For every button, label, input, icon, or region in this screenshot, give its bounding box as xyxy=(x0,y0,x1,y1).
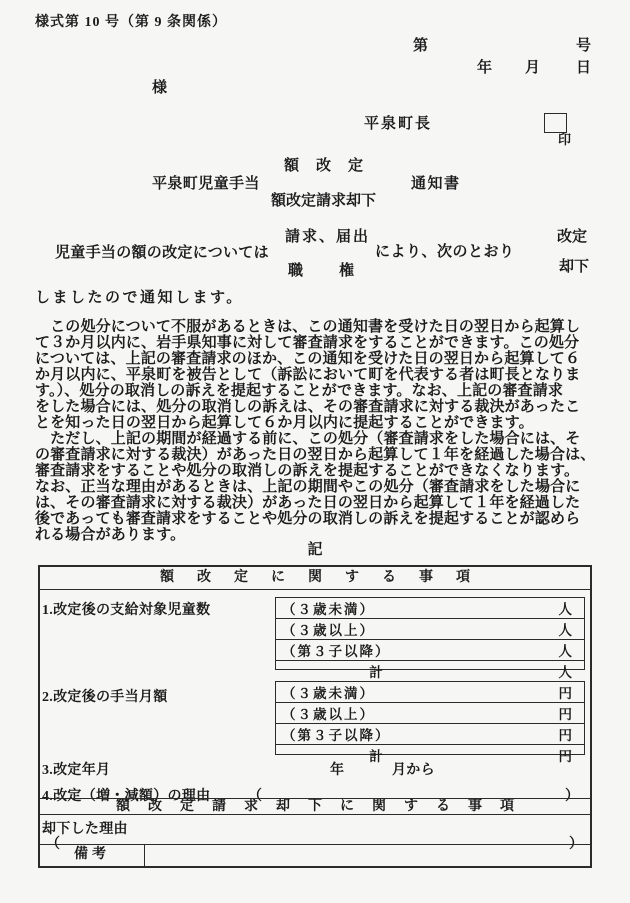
lead-option-authority: 職 権 xyxy=(288,259,354,280)
allowance-amount-table: （３歳未満） 円 （３歳以上） 円 （第３子以降） 円 計 円 xyxy=(275,681,585,755)
body-line: の審査請求に対する裁決）があった日の翌日から起算して１年を経過した場合は、 xyxy=(35,447,600,463)
cell-label: （第３子以降） xyxy=(282,724,391,744)
remarks-value xyxy=(145,845,590,866)
table-row: （３歳以上） 円 xyxy=(276,702,584,723)
cell-label: （３歳以上） xyxy=(282,619,375,639)
section-header-revision: 額改定に関する事項 xyxy=(40,567,590,590)
title-option-revision: 額 改 定 xyxy=(284,158,364,175)
title-prefix: 平泉町児童手当 xyxy=(152,176,260,193)
table-row: （３歳未満） 人 xyxy=(276,598,584,618)
body-line: とを知った日の翌日から起算して６か月以内に提起することができます。 xyxy=(35,415,600,431)
table-row: （第３子以降） 人 xyxy=(276,639,584,660)
body-line: をした場合には、処分の取消しの訴えは、その審査請求に対する裁決があったこ xyxy=(35,399,600,415)
lead-option-request: 請求、届出 xyxy=(285,229,370,246)
seal-label: 印 xyxy=(558,132,571,147)
addressee-suffix: 様 xyxy=(152,80,167,97)
table-row: （３歳未満） 円 xyxy=(276,682,584,702)
lead-result-revision: 改定 xyxy=(557,229,587,246)
appeal-instructions: この処分について不服があるときは、この通知書を受けた日の翌日から起算し て３か月… xyxy=(35,319,600,543)
item3-label: 3.改定年月 xyxy=(42,759,110,779)
remarks-row: 備考 xyxy=(40,844,590,866)
cell-label: 計 xyxy=(282,661,472,681)
body-line: は、その審査請求に対する裁決）があった日の翌日から起算して１年を経過した xyxy=(35,495,600,511)
issuer-name: 平泉町長 xyxy=(364,116,432,133)
seal-box: 印 xyxy=(544,113,567,133)
body-line: 審査請求をすることや処分の取消しの訴えを提起することができなくなります。 xyxy=(35,463,600,479)
cell-label: （３歳以上） xyxy=(282,703,375,723)
doc-number-prefix: 第 xyxy=(413,38,428,55)
cell-unit: 円 xyxy=(559,724,573,744)
cell-label: （第３子以降） xyxy=(282,640,391,660)
ki-marker: 記 xyxy=(0,538,630,559)
lead-result-rejection: 却下 xyxy=(559,259,589,276)
title-suffix: 通知書 xyxy=(411,176,461,193)
date-year-label: 年 xyxy=(477,60,492,77)
table-row: （３歳以上） 人 xyxy=(276,618,584,639)
lead-authority-left: 職 xyxy=(288,259,303,280)
body-line: て３か月以内に、岩手県知事に対して審査請求をすることができます。この処分 xyxy=(35,335,600,351)
item3-year-label: 年 xyxy=(330,759,344,779)
section-header-rejection: 額改定請求却下に関する事項 xyxy=(40,798,590,815)
remarks-label: 備考 xyxy=(40,845,145,866)
lead-middle: により、次のとおり xyxy=(375,244,515,261)
cell-label: （３歳未満） xyxy=(282,682,375,702)
body-line: 後であっても審査請求をすることや処分の取消しの訴えを提起することが認めら xyxy=(35,511,600,527)
lead-closing: しましたので通知します。 xyxy=(35,290,244,307)
cell-unit: 円 xyxy=(559,703,573,723)
body-line: については、上記の審査請求のほか、この通知を受けた日の翌日から起算して６ xyxy=(35,351,600,367)
lead-authority-right: 権 xyxy=(339,259,354,280)
item3-month-label: 月から xyxy=(392,759,435,779)
table-row-total: 計 人 xyxy=(276,660,584,681)
table-row: （第３子以降） 円 xyxy=(276,723,584,744)
cell-unit: 人 xyxy=(559,661,573,681)
date-month-label: 月 xyxy=(525,60,540,77)
body-line: す。）、処分の取消しの訴えを提起することができます。なお、上記の審査請求 xyxy=(35,383,600,399)
form-number: 様式第 10 号（第 9 条関係） xyxy=(35,15,227,30)
cell-unit: 円 xyxy=(559,745,573,765)
body-line: か月以内に、平泉町を被告として（訴訟において町を代表する者は町長となりま xyxy=(35,367,600,383)
date-day-label: 日 xyxy=(576,60,591,77)
body-line: この処分について不服があるときは、この通知書を受けた日の翌日から起算し xyxy=(35,319,600,335)
child-count-table: （３歳未満） 人 （３歳以上） 人 （第３子以降） 人 計 人 xyxy=(275,597,585,670)
cell-label: 計 xyxy=(282,745,472,765)
cell-label: （３歳未満） xyxy=(282,598,375,618)
cell-unit: 人 xyxy=(559,619,573,639)
form-table: 額改定に関する事項 1.改定後の支給対象児童数 （３歳未満） 人 （３歳以上） … xyxy=(38,565,592,868)
lead-sentence: 児童手当の額の改定については xyxy=(55,245,269,262)
doc-number-suffix: 号 xyxy=(576,38,591,55)
cell-unit: 人 xyxy=(559,640,573,660)
item2-label: 2.改定後の手当月額 xyxy=(42,686,168,706)
title-option-rejection: 額改定請求却下 xyxy=(271,193,376,210)
cell-unit: 人 xyxy=(559,598,573,618)
cell-unit: 円 xyxy=(559,682,573,702)
body-line: ただし、上記の期間が経過する前に、この処分（審査請求をした場合には、そ xyxy=(35,431,600,447)
item1-label: 1.改定後の支給対象児童数 xyxy=(42,599,210,619)
document-page: 様式第 10 号（第 9 条関係） 第 号 年 月 日 様 平泉町長 印 平泉町… xyxy=(0,0,630,903)
body-line: なお、正当な理由があるときは、上記の期間やこの処分（審査請求をした場合に xyxy=(35,479,600,495)
